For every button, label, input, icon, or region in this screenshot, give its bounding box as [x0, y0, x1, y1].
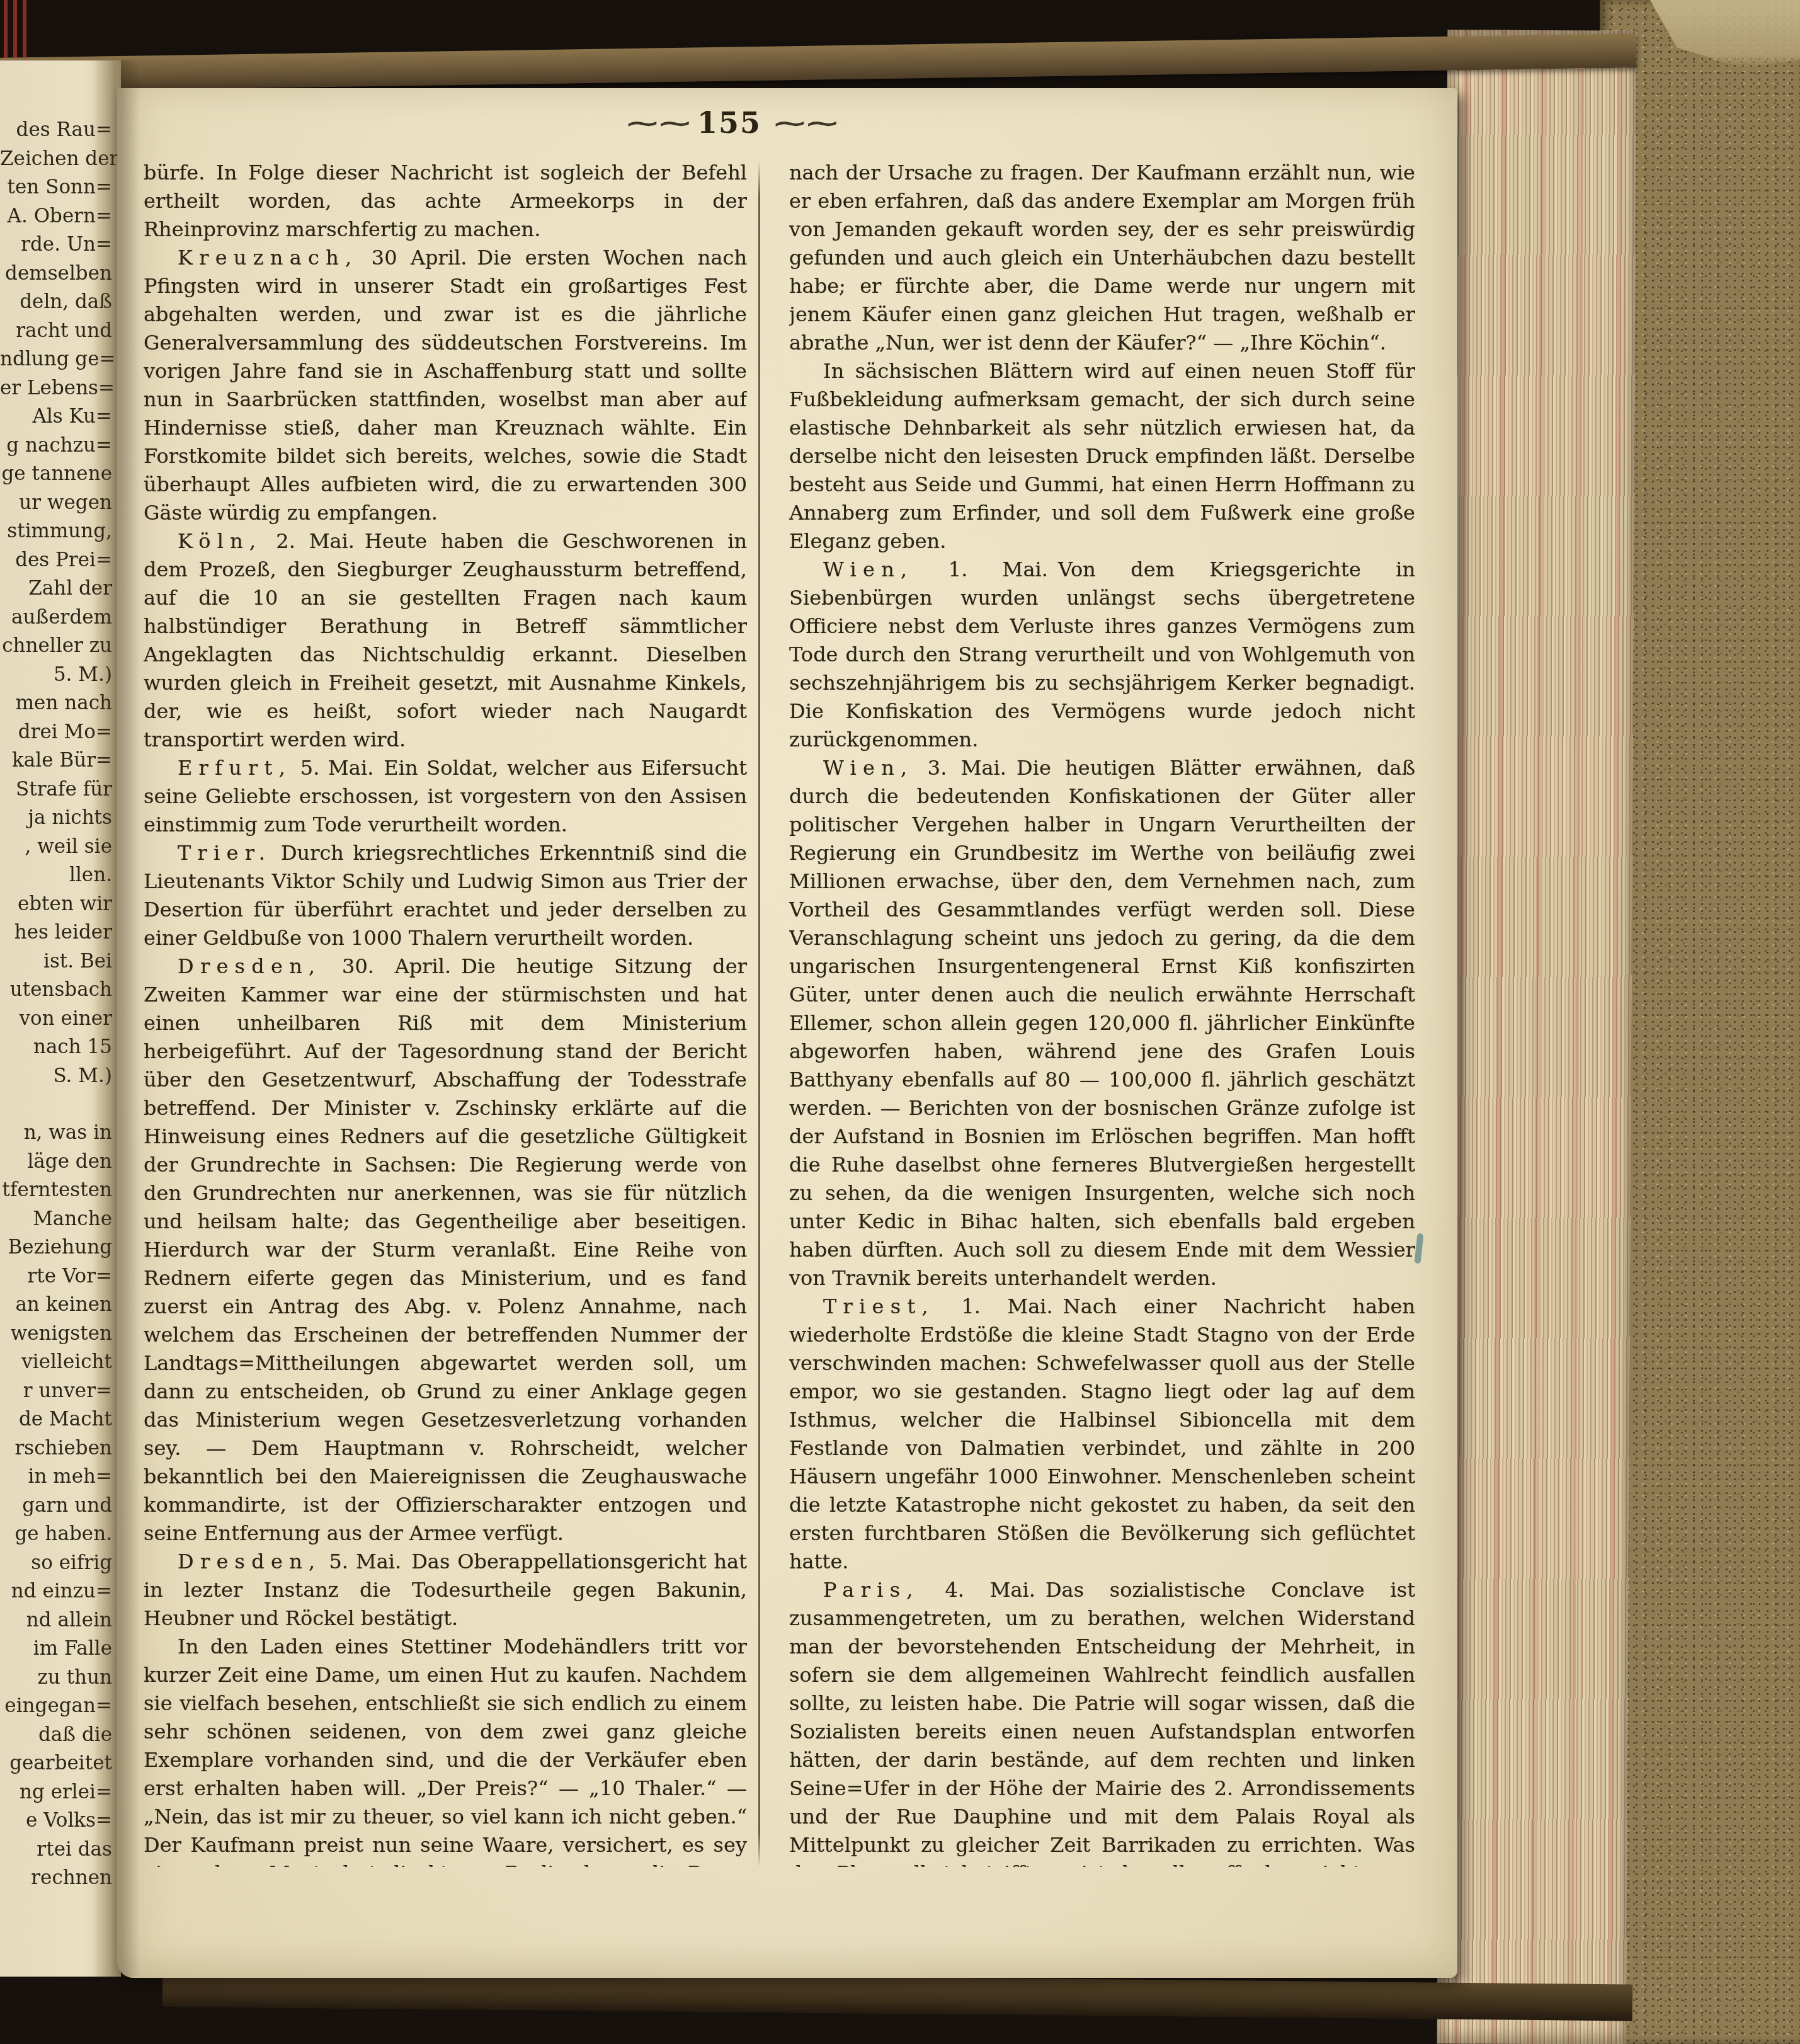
margin-fragment-line: chneller zu [0, 632, 121, 661]
margin-fragment-line: , weil sie [0, 833, 121, 862]
margin-fragment-line: daß die [0, 1721, 121, 1750]
margin-fragment-line: utensbach [0, 976, 121, 1005]
dateline: Paris, [823, 1578, 920, 1602]
margin-fragment-line: Zeichen der [0, 145, 121, 174]
margin-fragment-line: nach 15 [0, 1033, 121, 1062]
dateline: Kreuznach, [178, 246, 358, 270]
margin-fragment-line: ng erlei= [0, 1778, 121, 1807]
margin-fragment-line: ten Sonn= [0, 173, 121, 202]
news-paragraph: Dresden, 5. Mai. Das Oberappellationsger… [144, 1548, 747, 1633]
page-number: 155 [697, 106, 761, 140]
margin-fragment-line: rte Vor= [0, 1262, 121, 1291]
news-paragraph: Köln, 2. Mai. Heute haben die Geschworen… [144, 527, 747, 754]
margin-fragment-line: vielleicht [0, 1348, 121, 1377]
margin-fragment-line: eingegan= [0, 1692, 121, 1721]
red-edge-marks [4, 0, 26, 58]
column-right: nach der Ursache zu fragen. Der Kaufmann… [789, 159, 1415, 1867]
margin-fragment-line: ist. Bei [0, 947, 121, 976]
margin-fragment-line: rschieben [0, 1434, 121, 1463]
margin-fragment-line [0, 1090, 121, 1119]
margin-fragment-line: tferntesten [0, 1176, 121, 1205]
text-area: bürfe. In Folge dieser Nachricht ist sog… [144, 159, 1433, 1867]
margin-fragment-line: ge tannene [0, 460, 121, 489]
margin-fragment-line: an keinen [0, 1291, 121, 1320]
margin-fragment-line: rtei das [0, 1836, 121, 1864]
margin-fragment-line: wenigsten [0, 1320, 121, 1349]
previous-page-sliver: des Rau=Zeichen derten Sonn=A. Obern=rde… [0, 60, 121, 1977]
margin-fragment-line: garn und [0, 1492, 121, 1521]
margin-fragment-line: e Volks= [0, 1807, 121, 1836]
margin-fragment-line: drei Mo= [0, 718, 121, 747]
page-header: ∼∼ 155 ∼∼ [59, 88, 1399, 144]
margin-fragment-line: deln, daß [0, 288, 121, 317]
news-paragraph: Triest, 1. Mai. Nach einer Nachricht hab… [789, 1293, 1415, 1576]
margin-fragment-line: außerdem [0, 603, 121, 632]
margin-fragment-line: Zahl der [0, 574, 121, 603]
dateline: Erfurt, [178, 756, 292, 780]
news-paragraph: Wien, 3. Mai. Die heutigen Blätter erwäh… [789, 754, 1415, 1293]
margin-fragment-line: racht und [0, 317, 121, 346]
ornament-left: ∼∼ [623, 108, 688, 139]
news-paragraph: Dresden, 30. April. Die heutige Sitzung … [144, 952, 747, 1548]
margin-fragment-line: nd allein [0, 1606, 121, 1635]
margin-fragment-line: nd einzu= [0, 1577, 121, 1606]
margin-fragment-line: kale Bür= [0, 746, 121, 775]
margin-fragment-line: g nachzu= [0, 431, 121, 460]
dateline: Triest, [823, 1294, 935, 1318]
ornament-right: ∼∼ [771, 108, 836, 139]
margin-fragment-line: Manche [0, 1205, 121, 1234]
dateline: Dresden, [178, 954, 321, 978]
news-paragraph: Paris, 4. Mai. Das sozialistische Concla… [789, 1576, 1415, 1867]
margin-fragment-line: ur wegen [0, 489, 121, 518]
margin-fragment-line: in meh= [0, 1463, 121, 1492]
margin-fragment-line: llen. [0, 861, 121, 890]
margin-fragment-line: r unver= [0, 1377, 121, 1406]
margin-fragment-line: hes leider [0, 918, 121, 947]
dateline: Wien, [823, 557, 913, 581]
news-paragraph: nach der Ursache zu fragen. Der Kaufmann… [789, 159, 1415, 357]
dateline: Dresden, [178, 1550, 321, 1573]
margin-fragment-line: Beziehung [0, 1233, 121, 1262]
dateline: Köln, [178, 529, 263, 553]
news-paragraph: Wien, 1. Mai. Von dem Kriegsgerichte in … [789, 556, 1415, 754]
margin-fragment-line: men nach [0, 689, 121, 718]
dateline: Trier. [178, 841, 271, 865]
margin-fragment-line: ndlung ge= [0, 345, 121, 374]
margin-fragment-line: des Prei= [0, 546, 121, 575]
book-scan: des Rau=Zeichen derten Sonn=A. Obern=rde… [0, 0, 1800, 2044]
margin-fragment-line: S. M.) [0, 1062, 121, 1091]
margin-fragment-line: Als Ku= [0, 403, 121, 431]
margin-fragment-line: zu thun [0, 1664, 121, 1693]
book-bottom-edge [162, 1970, 1632, 2021]
news-paragraph: Erfurt, 5. Mai. Ein Soldat, welcher aus … [144, 754, 747, 839]
margin-fragment-line: 5. M.) [0, 661, 121, 690]
column-left: bürfe. In Folge dieser Nachricht ist sog… [144, 159, 747, 1867]
news-paragraph: bürfe. In Folge dieser Nachricht ist sog… [144, 159, 747, 244]
news-paragraph: Trier. Durch kriegsrechtliches Erkenntni… [144, 839, 747, 952]
news-paragraph: In den Laden eines Stettiner Modehändler… [144, 1633, 747, 1867]
margin-fragment-line: ja nichts [0, 804, 121, 833]
margin-fragment-line: stimmung, [0, 517, 121, 546]
newspaper-page: ∼∼ 155 ∼∼ bürfe. In Folge dieser Nachric… [117, 88, 1457, 1978]
margin-fragment-line: rde. Un= [0, 231, 121, 260]
margin-fragment-line: A. Obern= [0, 202, 121, 231]
margin-fragment-line: er Lebens= [0, 374, 121, 403]
column-divider-rule [758, 161, 760, 1867]
cover-top-band [0, 33, 1637, 92]
news-paragraph: In sächsischen Blättern wird auf einen n… [789, 357, 1415, 556]
margin-fragment-line: ge haben. [0, 1520, 121, 1549]
margin-fragment-line: ebten wir [0, 890, 121, 919]
margin-fragment-line: gearbeitet [0, 1749, 121, 1778]
margin-fragment-line: rechnen [0, 1864, 121, 1893]
margin-fragment-line: so eifrig [0, 1549, 121, 1578]
margin-fragment-line: im Falle [0, 1635, 121, 1664]
page-stack-fore-edge [1437, 30, 1637, 2044]
margin-fragment-line: demselben [0, 260, 121, 288]
margin-fragment-line: de Macht [0, 1405, 121, 1434]
margin-fragment-line: läge den [0, 1148, 121, 1177]
dateline: Wien, [823, 756, 913, 780]
margin-fragment-line: n, was in [0, 1119, 121, 1148]
margin-fragment-line: von einer [0, 1005, 121, 1034]
news-paragraph: Kreuznach, 30 April. Die ersten Wochen n… [144, 244, 747, 527]
margin-fragment-line: Strafe für [0, 775, 121, 804]
